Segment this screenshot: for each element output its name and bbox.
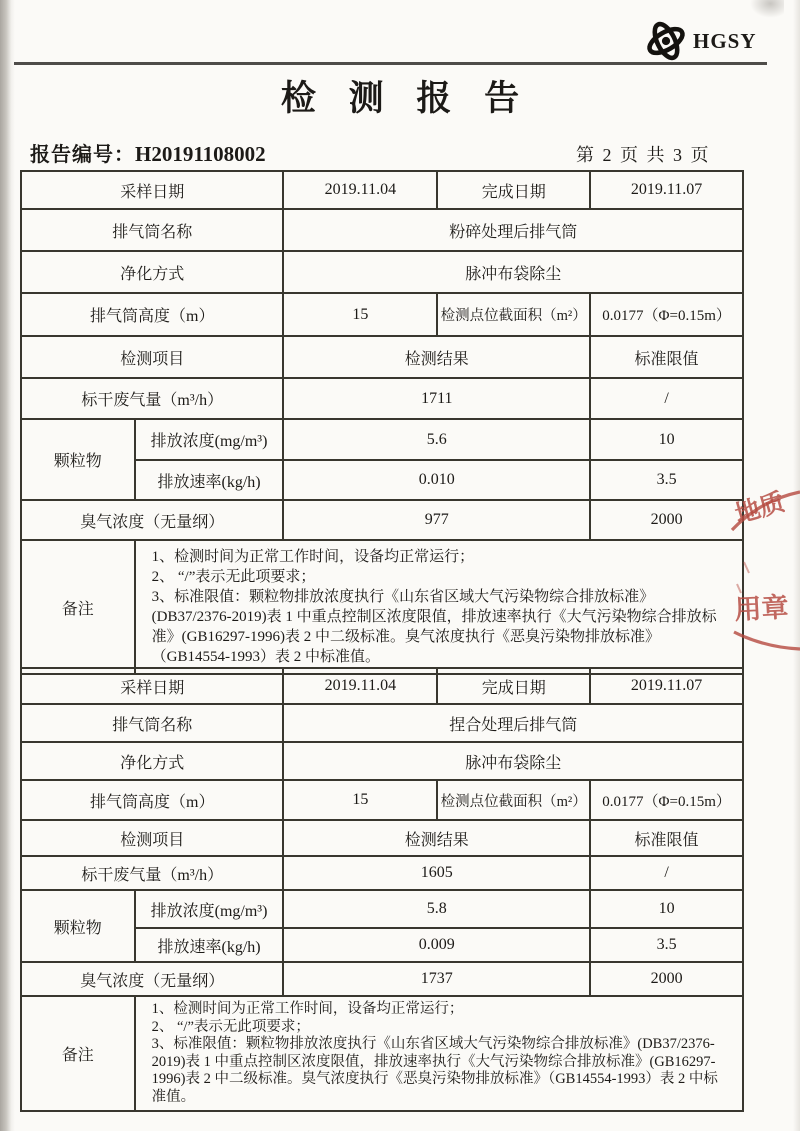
hgsy-logo-text: HGSY <box>693 29 757 54</box>
remark-line-2: 2、 “/”表示无此项要求； <box>148 1019 736 1037</box>
seal-text-top: 地质 <box>732 487 788 529</box>
table-row: 排气筒名称 捏合处理后排气筒 <box>21 704 743 742</box>
remark-label: 备注 <box>21 996 135 1111</box>
remark-line-1: 1、检测时间为正常工作时间，设备均正常运行； <box>148 1001 736 1019</box>
test-result-table-2: 采样日期 2019.11.04 完成日期 2019.11.07 排气筒名称 捏合… <box>20 667 744 1112</box>
test-result-table-1: 采样日期 2019.11.04 完成日期 2019.11.07 排气筒名称 粉碎… <box>20 170 744 675</box>
table-row: 净化方式 脉冲布袋除尘 <box>21 251 743 293</box>
finish-date-value: 2019.11.07 <box>590 668 743 704</box>
sampling-date-label: 采样日期 <box>21 171 283 209</box>
cross-section-value: 0.0177（Φ=0.15m） <box>590 293 743 336</box>
limit-header: 标准限值 <box>590 820 743 856</box>
table-row: 备注 1、检测时间为正常工作时间，设备均正常运行； 2、 “/”表示无此项要求；… <box>21 540 743 674</box>
stack-height-value: 15 <box>283 780 437 820</box>
concentration-value: 5.8 <box>283 890 590 928</box>
rate-label: 排放速率(kg/h) <box>135 460 284 500</box>
cross-section-label: 检测点位截面积（m²） <box>437 780 590 820</box>
gas-flow-limit: / <box>590 856 743 890</box>
concentration-value: 5.6 <box>283 419 590 460</box>
seal-mark <box>744 562 749 573</box>
seal-bottom-arc <box>734 632 800 649</box>
remark-content: 1、检测时间为正常工作时间，设备均正常运行； 2、 “/”表示无此项要求； 3、… <box>135 996 743 1111</box>
report-number-value: H20191108002 <box>135 142 266 166</box>
rate-limit: 3.5 <box>590 928 743 962</box>
stack-height-label: 排气筒高度（m） <box>21 293 283 336</box>
purification-value: 脉冲布袋除尘 <box>283 251 743 293</box>
seal-mark <box>737 584 741 593</box>
table-row: 臭气浓度（无量纲） 1737 2000 <box>21 962 743 996</box>
table-row: 标干废气量（m³/h） 1605 / <box>21 856 743 890</box>
table-row: 排气筒高度（m） 15 检测点位截面积（m²） 0.0177（Φ=0.15m） <box>21 780 743 820</box>
odor-value: 1737 <box>283 962 590 996</box>
concentration-label: 排放浓度(mg/m³) <box>135 890 284 928</box>
stack-name-value: 捏合处理后排气筒 <box>283 704 743 742</box>
concentration-limit: 10 <box>590 419 743 460</box>
table-row: 净化方式 脉冲布袋除尘 <box>21 742 743 780</box>
stack-height-label: 排气筒高度（m） <box>21 780 283 820</box>
table-row: 检测项目 检测结果 标准限值 <box>21 336 743 378</box>
gas-flow-value: 1711 <box>283 378 590 419</box>
table-row: 备注 1、检测时间为正常工作时间，设备均正常运行； 2、 “/”表示无此项要求；… <box>21 996 743 1111</box>
report-title: 检 测 报 告 <box>0 71 800 121</box>
odor-label: 臭气浓度（无量纲） <box>21 962 283 996</box>
purification-label: 净化方式 <box>21 251 283 293</box>
stack-name-label: 排气筒名称 <box>21 704 283 742</box>
finish-date-label: 完成日期 <box>437 668 590 704</box>
odor-limit: 2000 <box>590 500 743 540</box>
purification-label: 净化方式 <box>21 742 283 780</box>
red-seal-partial: 地质 用章 <box>730 446 800 666</box>
table-row: 检测项目 检测结果 标准限值 <box>21 820 743 856</box>
table-row: 标干废气量（m³/h） 1711 / <box>21 378 743 419</box>
sampling-date-value: 2019.11.04 <box>283 668 437 704</box>
scan-left-edge <box>0 0 15 1131</box>
sampling-date-value: 2019.11.04 <box>283 171 437 209</box>
result-header: 检测结果 <box>283 820 590 856</box>
stack-name-value: 粉碎处理后排气筒 <box>283 209 743 251</box>
result-header: 检测结果 <box>283 336 590 378</box>
cross-section-value: 0.0177（Φ=0.15m） <box>590 780 743 820</box>
gas-flow-label: 标干废气量（m³/h） <box>21 856 283 890</box>
remark-line-1: 1、检测时间为正常工作时间，设备均正常运行； <box>148 547 736 567</box>
remark-content: 1、检测时间为正常工作时间，设备均正常运行； 2、 “/”表示无此项要求； 3、… <box>135 540 743 674</box>
sampling-date-label: 采样日期 <box>21 668 283 704</box>
rate-value: 0.009 <box>283 928 590 962</box>
report-number-label: 报告编号： <box>30 144 135 166</box>
table-row: 采样日期 2019.11.04 完成日期 2019.11.07 <box>21 668 743 704</box>
page-indicator: 第 2 页 共 3 页 <box>576 141 711 167</box>
report-number-line: 报告编号：H20191108002 <box>30 138 266 167</box>
table-row: 排气筒名称 粉碎处理后排气筒 <box>21 209 743 251</box>
table-row: 排气筒高度（m） 15 检测点位截面积（m²） 0.0177（Φ=0.15m） <box>21 293 743 336</box>
remark-line-3: 3、标准限值：颗粒物排放浓度执行《山东省区域大气污染物综合排放标准》(DB37/… <box>148 1036 736 1106</box>
pm-label: 颗粒物 <box>21 890 135 962</box>
finish-date-label: 完成日期 <box>437 171 590 209</box>
gas-flow-value: 1605 <box>283 856 590 890</box>
scan-corner-smudge <box>750 0 784 18</box>
rate-value: 0.010 <box>283 460 590 500</box>
limit-header: 标准限值 <box>590 336 743 378</box>
concentration-limit: 10 <box>590 890 743 928</box>
remark-line-3: 3、标准限值：颗粒物排放浓度执行《山东省区域大气污染物综合排放标准》(DB37/… <box>148 587 736 667</box>
odor-value: 977 <box>283 500 590 540</box>
table-row: 颗粒物 排放浓度(mg/m³) 5.6 10 <box>21 419 743 460</box>
odor-limit: 2000 <box>590 962 743 996</box>
remark-line-2: 2、 “/”表示无此项要求； <box>148 567 736 587</box>
remark-label: 备注 <box>21 540 135 674</box>
table-row: 臭气浓度（无量纲） 977 2000 <box>21 500 743 540</box>
concentration-label: 排放浓度(mg/m³) <box>135 419 284 460</box>
header-rule <box>14 62 767 65</box>
table-row: 颗粒物 排放浓度(mg/m³) 5.8 10 <box>21 890 743 928</box>
odor-label: 臭气浓度（无量纲） <box>21 500 283 540</box>
pm-label: 颗粒物 <box>21 419 135 500</box>
atom-logo-icon <box>644 20 688 62</box>
rate-limit: 3.5 <box>590 460 743 500</box>
item-header: 检测项目 <box>21 336 283 378</box>
purification-value: 脉冲布袋除尘 <box>283 742 743 780</box>
finish-date-value: 2019.11.07 <box>590 171 743 209</box>
rate-label: 排放速率(kg/h) <box>135 928 284 962</box>
gas-flow-label: 标干废气量（m³/h） <box>21 378 283 419</box>
item-header: 检测项目 <box>21 820 283 856</box>
stack-name-label: 排气筒名称 <box>21 209 283 251</box>
gas-flow-limit: / <box>590 378 743 419</box>
seal-text-bottom: 用章 <box>734 591 790 625</box>
stack-height-value: 15 <box>283 293 437 336</box>
cross-section-label: 检测点位截面积（m²） <box>437 293 590 336</box>
table-row: 采样日期 2019.11.04 完成日期 2019.11.07 <box>21 171 743 209</box>
hgsy-logo: HGSY <box>644 20 757 62</box>
